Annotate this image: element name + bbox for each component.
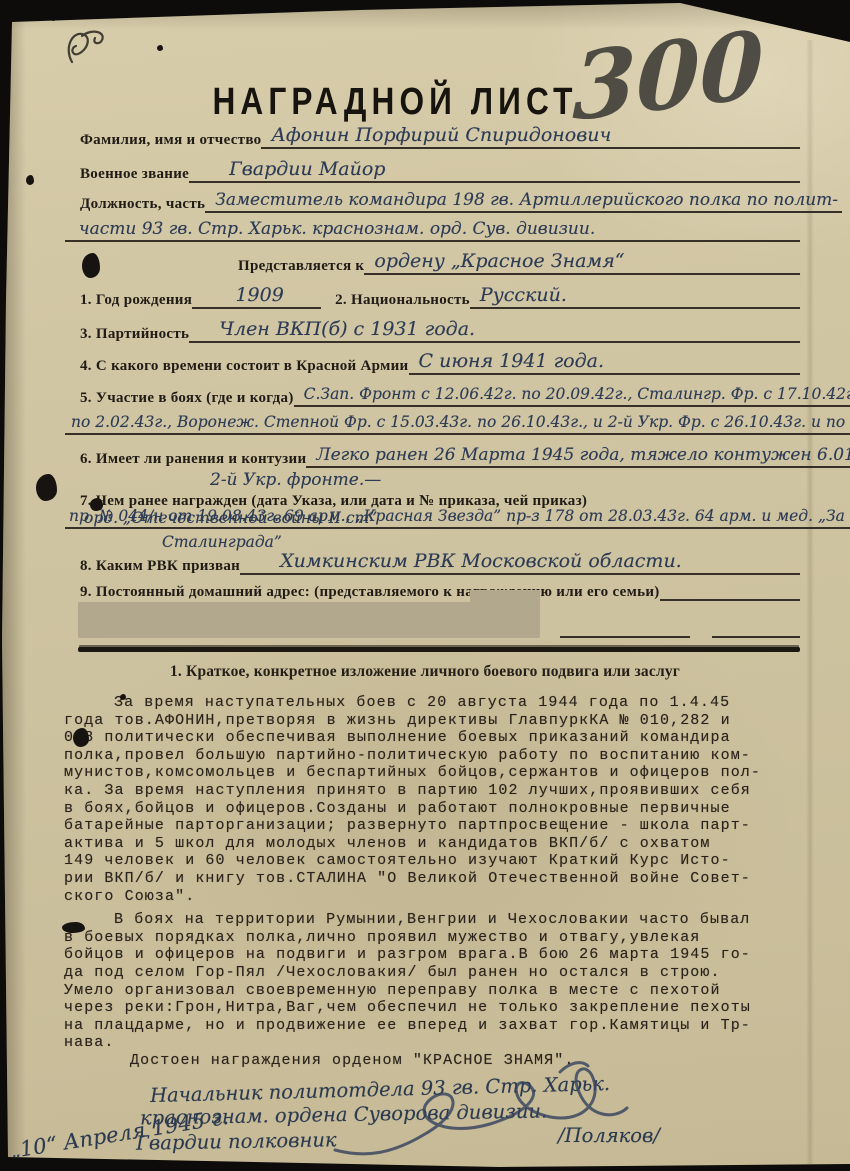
field-address: 9. Постоянный домашний адрес: (представл… <box>80 584 800 601</box>
typed-line: актива и 5 школ для молодых членов и кан… <box>64 835 812 853</box>
field-party-label: 3. Партийность <box>80 326 189 343</box>
field-wounds: 6. Имеет ли ранения и контузии Легко ран… <box>80 447 800 468</box>
field-nationality-label: 2. Национальность <box>335 292 470 309</box>
field-position-value1: Заместитель командира 198 гв. Артиллерий… <box>215 190 838 210</box>
field-address-label: 9. Постоянный домашний адрес: (представл… <box>80 584 660 601</box>
field-rvk-value: Химкинским РВК Московской области. <box>280 550 682 572</box>
typed-line: да под селом Гор-Пял /Чехословакия/ был … <box>64 964 812 982</box>
address-line-segment <box>560 636 690 638</box>
field-position: Должность, часть Заместитель командира 1… <box>80 192 800 213</box>
ink-speck <box>157 45 163 51</box>
paper-sheet: НАГРАДНОЙ ЛИСТ 300 Фамилия, имя и отчест… <box>0 0 850 1171</box>
typed-line: в боевых порядках полка,лично проявил му… <box>64 929 812 947</box>
typed-line: 149 человек и 60 человек самостоятельно … <box>64 852 812 870</box>
address-line-segment-2 <box>712 636 800 638</box>
field-position-value2: части 93 гв. Стр. Харьк. краснознам. орд… <box>79 219 595 239</box>
field-name-label: Фамилия, имя и отчество <box>80 132 261 149</box>
ink-speck <box>26 175 34 185</box>
typed-line: через реки:Грон,Нитра,Ваг,чем обеспечил … <box>64 999 812 1017</box>
field-name: Фамилия, имя и отчество Афонин Порфирий … <box>80 126 800 149</box>
ink-blot <box>90 498 103 511</box>
typed-line: ского Союза". <box>64 888 812 906</box>
field-presented-value: ордену „Красное Знамя“ <box>374 250 624 272</box>
field-birth-label: 1. Год рождения <box>80 292 192 309</box>
section1-heading: 1. Краткое, конкретное изложение личного… <box>0 663 850 681</box>
field-presented-label: Представляется к <box>238 258 364 275</box>
page-number-pencil: 300 <box>572 18 764 134</box>
section-divider-rule <box>78 647 800 652</box>
typed-line: бойцов и офицеров на подвиги и разгром в… <box>64 946 812 964</box>
typed-line: в боях,бойцов и офицеров.Созданы и работ… <box>64 800 812 818</box>
typed-line: года тов.АФОНИН,претворяя в жизнь директ… <box>64 712 812 730</box>
field-wounds-value1: Легко ранен 26 Марта 1945 года, тяжело к… <box>316 445 850 465</box>
typed-line: нава. <box>64 1034 812 1052</box>
ink-blot <box>36 474 57 501</box>
ink-speck <box>120 694 126 700</box>
field-rank-value: Гвардии Майор <box>229 158 385 180</box>
field-rvk-label: 8. Каким РВК призван <box>80 558 240 575</box>
ink-blot <box>82 253 100 278</box>
field-prior-awards-value3: Сталинграда” <box>162 533 282 551</box>
field-position-label: Должность, часть <box>80 196 205 213</box>
field-wounds-value2: 2-й Укр. фронте.— <box>210 472 381 489</box>
field-rank: Военное звание Гвардии Майор <box>80 160 800 183</box>
ink-speck <box>50 14 57 21</box>
field-battles-value1: С.Зап. Фронт с 12.06.42г. по 20.09.42г.,… <box>304 385 850 403</box>
field-rvk: 8. Каким РВК призван Химкинским РВК Моск… <box>80 552 800 575</box>
ink-blot <box>62 922 85 933</box>
field-battles-value2: по 2.02.43г., Воронеж. Степной Фр. с 15.… <box>71 413 850 431</box>
typed-line: мунистов,комсомольцев и беспартийных бой… <box>64 764 812 782</box>
scanned-award-document: НАГРАДНОЙ ЛИСТ 300 Фамилия, имя и отчест… <box>0 0 850 1171</box>
field-battles-label: 5. Участие в боях (где и когда) <box>80 390 294 407</box>
field-prior-awards-cont: пр. № 044/н от 19.08.43г. 69 арм., „Крас… <box>65 508 800 529</box>
autograph-flourish <box>330 1058 630 1168</box>
typed-line: 018 политически обеспечивая выполнение б… <box>64 729 812 747</box>
typed-line: на плацдарме, но и продвижение ее вперед… <box>64 1017 812 1035</box>
field-nationality-value: Русский. <box>480 284 567 306</box>
feat-description: За время наступательных боев с 20 август… <box>64 694 812 1069</box>
ink-blot <box>73 728 89 747</box>
typed-line: За время наступательных боев с 20 август… <box>64 694 812 712</box>
field-birth-value: 1909 <box>235 284 283 306</box>
typed-line: В боях на территории Румынии,Венгрии и Ч… <box>64 911 812 929</box>
field-army-since: 4. С какого времени состоит в Красной Ар… <box>80 352 800 375</box>
typed-line: рии ВКП/б/ и книгу тов.СТАЛИНА "О Велико… <box>64 870 812 888</box>
typed-line: ка. За время наступления принято в парти… <box>64 782 812 800</box>
field-name-value: Афонин Порфирий Спиридонович <box>271 124 611 146</box>
field-army-since-label: 4. С какого времени состоит в Красной Ар… <box>80 358 409 375</box>
field-party: 3. Партийность Член ВКП(б) с 1931 года. <box>80 320 800 343</box>
field-army-since-value: С июня 1941 года. <box>419 350 605 372</box>
field-battles: 5. Участие в боях (где и когда) С.Зап. Ф… <box>80 386 800 407</box>
field-presented-to: Представляется к ордену „Красное Знамя“ <box>238 252 800 275</box>
field-wounds-label: 6. Имеет ли ранения и контузии <box>80 451 306 468</box>
field-party-value: Член ВКП(б) с 1931 года. <box>219 318 475 340</box>
typed-line: полка,провел большую партийно-политическ… <box>64 747 812 765</box>
address-redaction <box>78 602 540 638</box>
field-rank-label: Военное звание <box>80 166 189 183</box>
corner-ink-mark <box>62 28 114 72</box>
typed-line: батарейные парторганизации; развернуто п… <box>64 817 812 835</box>
field-prior-awards-value2: пр. № 044/н от 19.08.43г. 69 арм., „Крас… <box>69 507 850 525</box>
field-position-cont: части 93 гв. Стр. Харьк. краснознам. орд… <box>65 221 800 242</box>
field-birth-nationality: 1. Год рождения 1909 2. Национальность Р… <box>80 286 800 309</box>
field-battles-cont: по 2.02.43г., Воронеж. Степной Фр. с 15.… <box>65 414 800 435</box>
typed-line: Умело организовал своевременную переправ… <box>64 982 812 1000</box>
